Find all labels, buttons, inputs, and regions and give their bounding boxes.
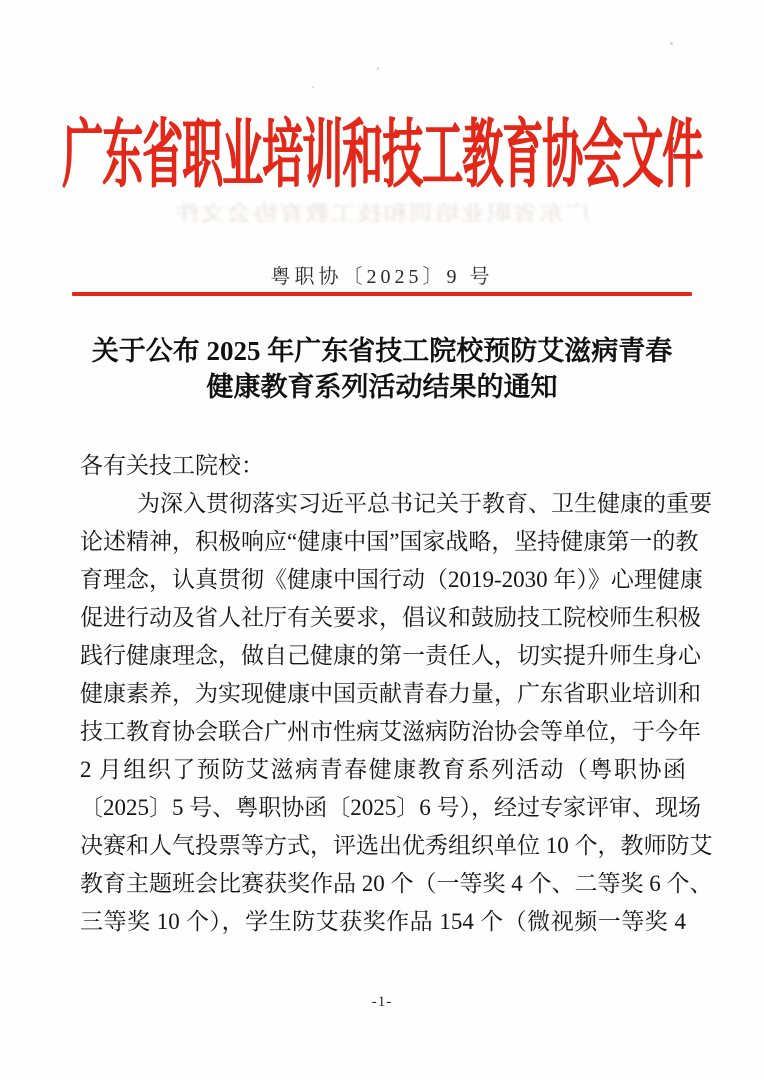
salutation: 各有关技工院校： bbox=[80, 447, 686, 485]
bleed-through-text: 广东省职业培训和技工教育协会文件 bbox=[0, 197, 764, 228]
document-number: 粤职协〔2025〕9 号 bbox=[0, 260, 764, 289]
body-line: 促进行动及省人社厅有关要求，倡议和鼓励技工院校师生积极 bbox=[80, 599, 686, 637]
body-line: 决赛和人气投票等方式，评选出优秀组织单位 10 个，教师防艾 bbox=[80, 827, 686, 865]
body-line: 践行健康理念，做自己健康的第一责任人，切实提升师生身心 bbox=[80, 637, 686, 675]
letterhead: 广东省职业培训和技工教育协会文件 bbox=[0, 118, 764, 159]
body-line: 健康素养，为实现健康中国贡献青春力量，广东省职业培训和 bbox=[80, 675, 686, 713]
body-line: 教育主题班会比赛获奖作品 20 个（一等奖 4 个、二等奖 6 个、 bbox=[80, 865, 686, 903]
body-line: 2 月组织了预防艾滋病青春健康教育系列活动（粤职协函 bbox=[80, 751, 686, 789]
letterhead-org-title: 广东省职业培训和技工教育协会文件 bbox=[62, 118, 702, 193]
page-number: -1- bbox=[0, 994, 764, 1011]
body-line: 为深入贯彻落实习近平总书记关于教育、卫生健康的重要 bbox=[80, 485, 686, 523]
letterhead-red-rule bbox=[72, 292, 692, 296]
body-line: 〔2025〕5 号、粤职协函〔2025〕6 号），经过专家评审、现场 bbox=[80, 789, 686, 827]
body-line: 论述精神，积极响应“健康中国”国家战略，坚持健康第一的教 bbox=[80, 523, 686, 561]
document-title-line2: 健康教育系列活动结果的通知 bbox=[40, 369, 724, 405]
body-line: 三等奖 10 个），学生防艾获奖作品 154 个（微视频一等奖 4 bbox=[80, 903, 686, 941]
scan-speck bbox=[312, 86, 314, 88]
body-line: 技工教育协会联合广州市性病艾滋病防治协会等单位，于今年 bbox=[80, 713, 686, 751]
scan-speck bbox=[670, 42, 673, 45]
document-title-line1: 关于公布 2025 年广东省技工院校预防艾滋病青春 bbox=[40, 333, 724, 369]
body-line: 育理念，认真贯彻《健康中国行动（2019-2030 年）》心理健康 bbox=[80, 561, 686, 599]
scan-speck bbox=[377, 67, 379, 70]
document-page: 广东省职业培训和技工教育协会文件 广东省职业培训和技工教育协会文件 粤职协〔20… bbox=[0, 0, 764, 1080]
document-body: 各有关技工院校： 为深入贯彻落实习近平总书记关于教育、卫生健康的重要 论述精神，… bbox=[80, 447, 686, 941]
document-title: 关于公布 2025 年广东省技工院校预防艾滋病青春 健康教育系列活动结果的通知 bbox=[40, 333, 724, 405]
